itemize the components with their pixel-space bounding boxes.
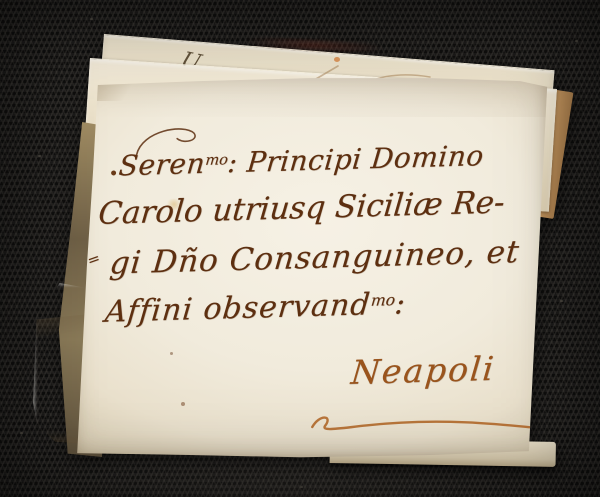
line4-rest: : [393,286,407,321]
line4-word: Affini observand [103,287,372,330]
ink-dot [111,170,116,175]
flourish-underline [302,403,549,438]
address-line-2: Carolo utriusq Siciliæ Re- [97,184,507,231]
letter-stack: U Serenmo: Principi Domino Carolo utrius… [0,0,600,497]
address-text: Serenmo: Principi Domino Carolo utriusq … [66,63,557,461]
folded-letter-front: Serenmo: Principi Domino Carolo utriusq … [70,75,550,460]
address-line-4: Affini observandmo: [103,286,407,330]
line4-superscript: mo [370,291,396,310]
line1-rest: : Principi Domino [226,139,485,179]
address-line-3: gi Dño Consanguineo, et [108,234,521,282]
line1-word: Seren [117,147,206,183]
photo-of-folded-letter: U Serenmo: Principi Domino Carolo utrius… [0,0,600,497]
place-name: Neapoli [349,349,497,392]
line1-superscript: mo [205,151,229,169]
hyphenation-mark: = [86,248,102,270]
